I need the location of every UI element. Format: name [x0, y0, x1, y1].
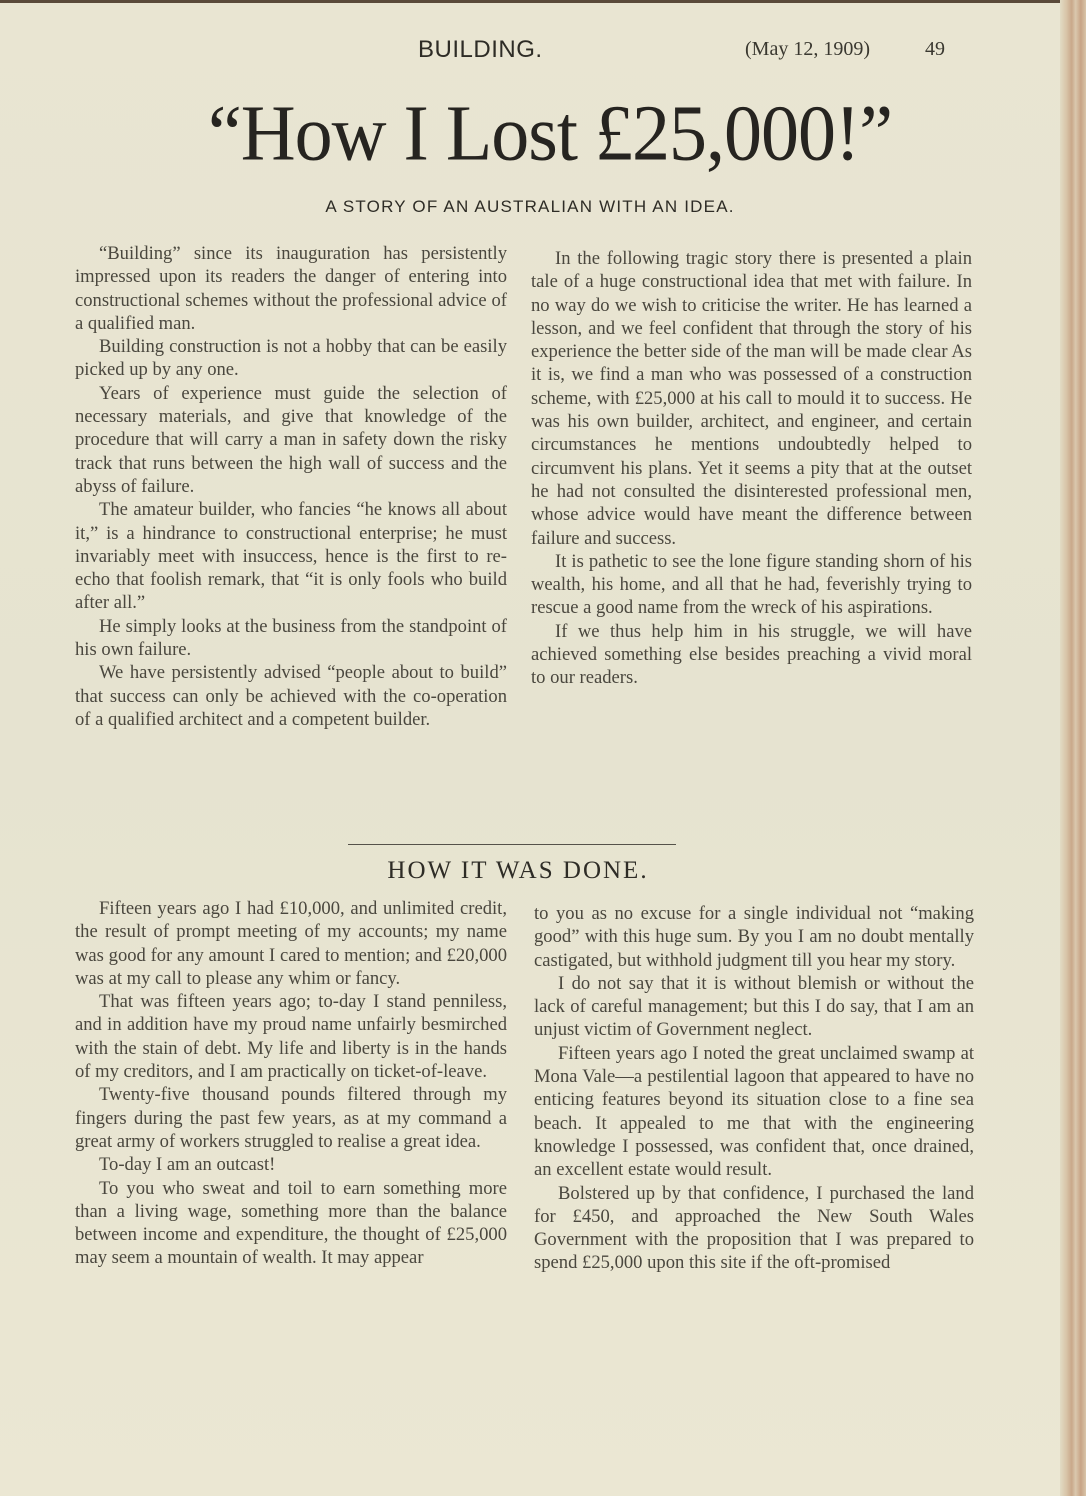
book-spine-edge [1060, 0, 1086, 1496]
paragraph: Bolstered up by that confidence, I purch… [534, 1182, 974, 1275]
article-headline: “How I Lost £25,000!” [135, 86, 965, 181]
paragraph: In the following tragic story there is p… [531, 247, 972, 550]
paragraph: “Building” since its inauguration has pe… [75, 242, 507, 335]
body-column-right: to you as no excuse for a single individ… [534, 902, 974, 1275]
page-number: 49 [925, 38, 945, 61]
paragraph: The amateur builder, who fancies “he kno… [75, 498, 507, 614]
intro-column-left: “Building” since its inauguration has pe… [75, 242, 507, 731]
paragraph: Twenty-five thousand pounds filtered thr… [75, 1083, 507, 1153]
paragraph: Years of experience must guide the selec… [75, 382, 507, 498]
paragraph: Fifteen years ago I noted the great uncl… [534, 1042, 974, 1182]
issue-date: (May 12, 1909) [745, 38, 870, 61]
section-heading: HOW IT WAS DONE. [0, 857, 1036, 885]
paragraph: We have persistently advised “people abo… [75, 661, 507, 731]
intro-column-right: In the following tragic story there is p… [531, 247, 972, 690]
paragraph: It is pathetic to see the lone figure st… [531, 550, 972, 620]
paragraph: Fifteen years ago I had £10,000, and unl… [75, 897, 507, 990]
paragraph: to you as no excuse for a single individ… [534, 902, 974, 972]
journal-name: BUILDING. [418, 36, 543, 64]
paragraph: To you who sweat and toil to earn someth… [75, 1177, 507, 1270]
paragraph: He simply looks at the business from the… [75, 615, 507, 662]
paragraph: That was fifteen years ago; to-day I sta… [75, 990, 507, 1083]
paragraph: I do not say that it is without blemish … [534, 972, 974, 1042]
running-head: BUILDING. (May 12, 1909) 49 [0, 36, 1060, 66]
paragraph: If we thus help him in his struggle, we … [531, 620, 972, 690]
body-column-left: Fifteen years ago I had £10,000, and unl… [75, 897, 507, 1270]
paragraph: To-day I am an outcast! [75, 1153, 507, 1176]
section-divider [348, 844, 676, 845]
article-subtitle: A STORY OF AN AUSTRALIAN WITH AN IDEA. [0, 197, 1060, 217]
paragraph: Building construction is not a hobby tha… [75, 335, 507, 382]
